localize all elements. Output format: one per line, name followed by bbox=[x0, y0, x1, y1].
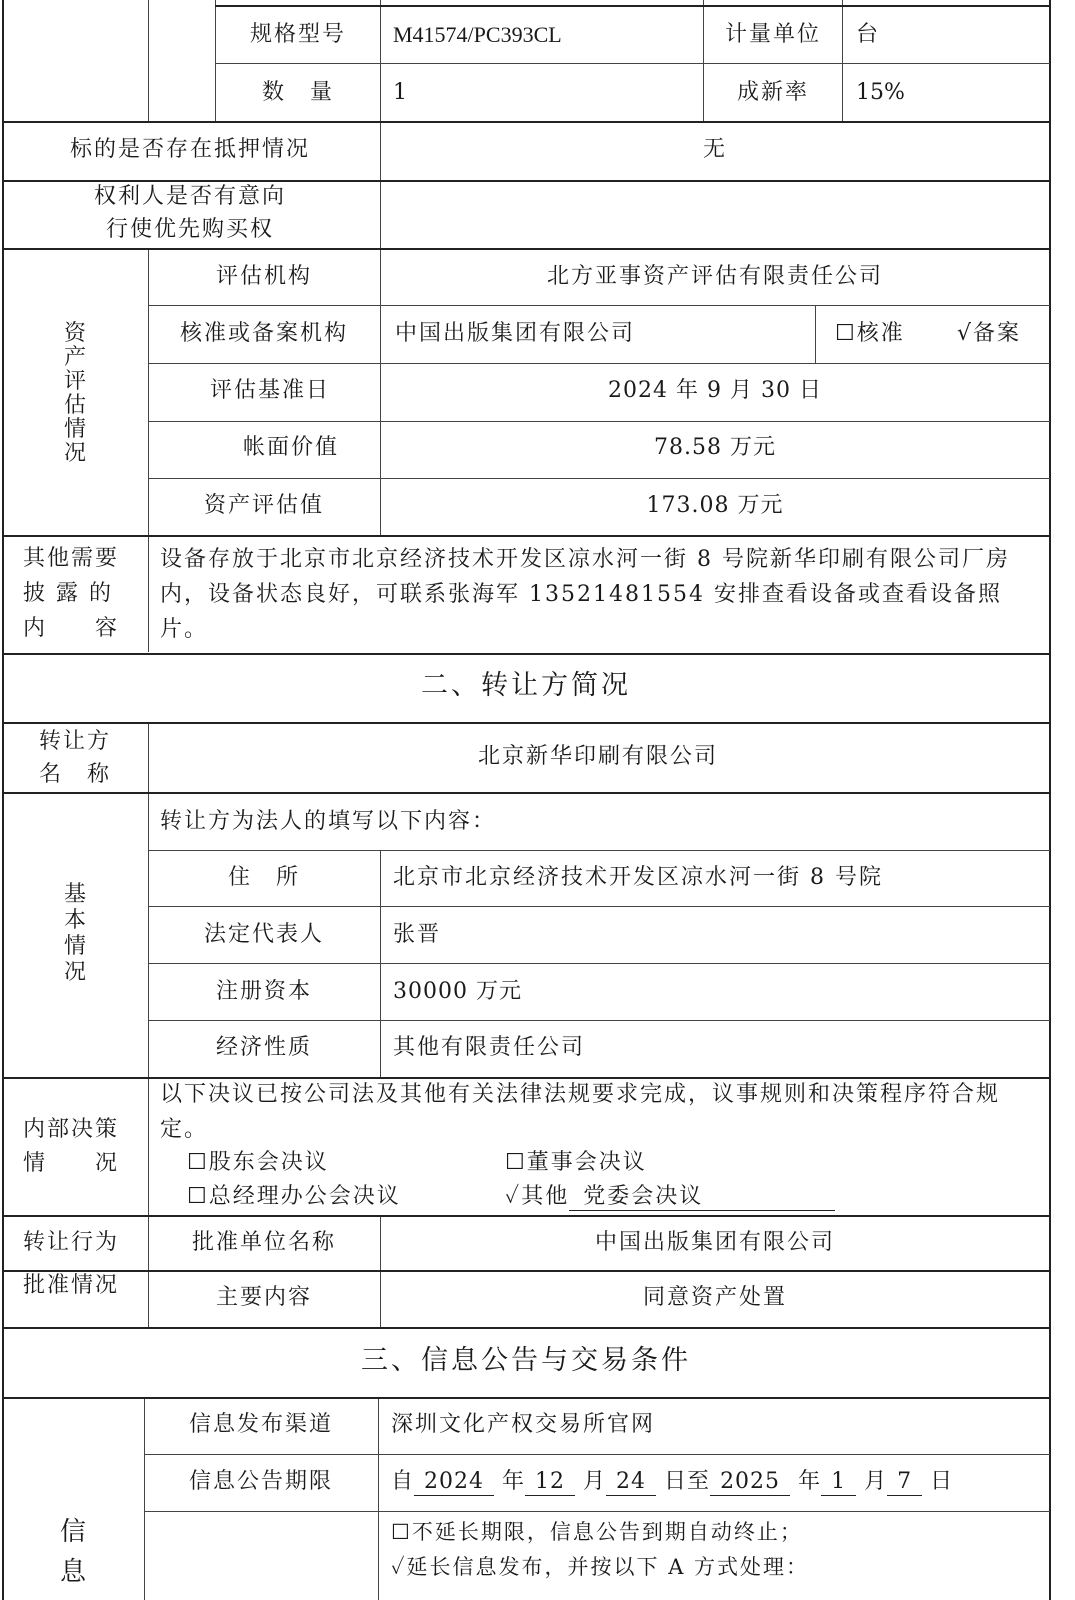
divider bbox=[703, 0, 704, 121]
appraised-value: 173.08 万元 bbox=[647, 492, 784, 520]
divider bbox=[148, 305, 1050, 306]
unit-value: 台 bbox=[856, 21, 880, 49]
period-value: 自2024 年12 月24 日至2025 年1 月7 日 bbox=[391, 1468, 953, 1496]
divider bbox=[148, 963, 1050, 964]
transferor-name-value: 北京新华印刷有限公司 bbox=[478, 743, 718, 771]
spec-value: M41574/PC393CL bbox=[393, 21, 562, 49]
divider bbox=[380, 0, 381, 535]
divider bbox=[148, 248, 149, 652]
to-day: 7 bbox=[887, 1469, 922, 1496]
approval-content-label: 主要内容 bbox=[216, 1284, 312, 1312]
info-group-label: 信息 bbox=[58, 1512, 88, 1592]
divider bbox=[842, 0, 843, 121]
checkbox-icon: ☐ bbox=[505, 1150, 527, 1175]
divider bbox=[2, 1215, 1050, 1217]
other-fill-value: 党委会决议 bbox=[569, 1184, 835, 1211]
spec-label: 规格型号 bbox=[250, 21, 346, 49]
divider bbox=[2, 180, 1050, 182]
option-other[interactable]: ✓其他党委会决议 bbox=[505, 1183, 835, 1211]
nature-value: 其他有限责任公司 bbox=[393, 1034, 585, 1062]
to-year: 2025 bbox=[710, 1469, 790, 1496]
outer-border-right bbox=[1049, 0, 1051, 1600]
newness-value: 15% bbox=[856, 79, 905, 107]
divider bbox=[2, 535, 1050, 537]
appraisal-org-value: 北方亚事资产评估有限责任公司 bbox=[547, 263, 883, 291]
divider bbox=[2, 1397, 1050, 1399]
period-label: 信息公告期限 bbox=[189, 1468, 333, 1496]
nature-label: 经济性质 bbox=[216, 1034, 312, 1062]
channel-label: 信息发布渠道 bbox=[189, 1411, 333, 1439]
internal-decision-label-1: 内部决策 bbox=[23, 1116, 119, 1144]
divider bbox=[148, 0, 149, 121]
divider bbox=[2, 1270, 1050, 1272]
base-date-label: 评估基准日 bbox=[210, 377, 330, 405]
capital-value: 30000 万元 bbox=[393, 978, 522, 1006]
channel-value: 深圳文化产权交易所官网 bbox=[391, 1411, 655, 1439]
mortgage-value: 无 bbox=[703, 136, 727, 164]
divider bbox=[2, 722, 1050, 724]
divider bbox=[148, 363, 1050, 364]
approval-label-1: 转让行为 bbox=[23, 1229, 119, 1257]
preempt-label-line2: 行使优先购买权 bbox=[106, 216, 274, 244]
divider bbox=[148, 421, 1050, 422]
qty-value: 1 bbox=[393, 79, 409, 107]
other-disclosure-text: 设备存放于北京市北京经济技术开发区凉水河一街 8 号院新华印刷有限公司厂房内，设… bbox=[160, 542, 1044, 647]
divider bbox=[144, 1511, 1050, 1512]
approval-unit-label: 批准单位名称 bbox=[192, 1229, 336, 1257]
address-label: 住 所 bbox=[228, 864, 300, 892]
option-gm-office[interactable]: ☐总经理办公会决议 bbox=[187, 1183, 401, 1211]
no-extension-option[interactable]: ☐不延长期限，信息公告到期自动终止； bbox=[391, 1518, 803, 1546]
divider bbox=[144, 1397, 145, 1600]
transferor-name-label-2: 名 称 bbox=[39, 761, 111, 789]
basic-info-group-label: 基本情况 bbox=[63, 882, 87, 986]
option-shareholders[interactable]: ☐股东会决议 bbox=[187, 1149, 329, 1177]
transferor-name-label-1: 转让方 bbox=[39, 728, 111, 756]
checkbox-icon: ☐ bbox=[187, 1150, 209, 1175]
option-board[interactable]: ☐董事会决议 bbox=[505, 1149, 647, 1177]
appraisal-group-label: 资产评估情况 bbox=[63, 322, 87, 466]
record-checkbox[interactable]: √备案 bbox=[957, 320, 1021, 348]
section2-title: 二、转让方简况 bbox=[421, 672, 631, 700]
approval-org-label: 核准或备案机构 bbox=[180, 320, 348, 348]
base-date-value: 2024 年 9 月 30 日 bbox=[608, 377, 822, 405]
from-month: 12 bbox=[525, 1469, 575, 1496]
option-label: 股东会决议 bbox=[209, 1150, 329, 1175]
other-disclosure-label-2: 披 露 的 bbox=[23, 580, 113, 608]
checkbox-icon: ☐ bbox=[187, 1184, 209, 1209]
appraised-label: 资产评估值 bbox=[204, 492, 324, 520]
mortgage-label: 标的是否存在抵押情况 bbox=[70, 136, 310, 164]
legal-rep-value: 张晋 bbox=[393, 921, 441, 949]
basic-info-intro: 转让方为法人的填写以下内容： bbox=[160, 808, 496, 836]
divider bbox=[215, 63, 1050, 64]
divider bbox=[2, 121, 1050, 123]
legal-rep-label: 法定代表人 bbox=[204, 921, 324, 949]
appraisal-org-label: 评估机构 bbox=[216, 263, 312, 291]
approval-unit-value: 中国出版集团有限公司 bbox=[595, 1229, 835, 1257]
divider bbox=[215, 0, 216, 121]
divider bbox=[2, 792, 1050, 794]
option-label: 总经理办公会决议 bbox=[209, 1184, 401, 1209]
other-disclosure-label-1: 其他需要 bbox=[23, 545, 119, 573]
internal-decision-text: 以下决议已按公司法及其他有关法律法规要求完成，议事规则和决策程序符合规定。 bbox=[160, 1077, 1044, 1147]
approval-content-value: 同意资产处置 bbox=[643, 1284, 787, 1312]
divider bbox=[148, 722, 149, 1327]
divider bbox=[378, 1397, 379, 1600]
divider bbox=[815, 306, 816, 363]
to-month: 1 bbox=[821, 1469, 856, 1496]
newness-label: 成新率 bbox=[737, 79, 809, 107]
book-value-label: 帐面价值 bbox=[243, 434, 339, 462]
section3-title: 三、信息公告与交易条件 bbox=[361, 1347, 691, 1375]
other-disclosure-label-3: 内 容 bbox=[23, 615, 119, 643]
check-icon: ✓ bbox=[505, 1184, 521, 1209]
divider bbox=[2, 1327, 1050, 1329]
approve-checkbox[interactable]: ☐核准 bbox=[835, 320, 905, 348]
qty-label: 数 量 bbox=[262, 79, 334, 107]
book-value: 78.58 万元 bbox=[654, 434, 776, 462]
divider bbox=[215, 5, 1050, 7]
approval-org-value: 中国出版集团有限公司 bbox=[395, 320, 635, 348]
unit-label: 计量单位 bbox=[725, 21, 821, 49]
approval-label-2: 批准情况 bbox=[23, 1272, 119, 1300]
from-year: 2024 bbox=[414, 1469, 494, 1496]
divider bbox=[2, 653, 1050, 655]
divider bbox=[148, 1020, 1050, 1021]
extension-option[interactable]: ✓延长信息发布，并按以下 A 方式处理： bbox=[391, 1553, 809, 1581]
option-label: 其他 bbox=[521, 1184, 569, 1209]
internal-decision-label-2: 情 况 bbox=[23, 1150, 119, 1178]
divider bbox=[2, 248, 1050, 250]
preempt-label-line1: 权利人是否有意向 bbox=[94, 183, 286, 211]
from-day: 24 bbox=[606, 1469, 656, 1496]
divider bbox=[148, 850, 1050, 851]
divider bbox=[144, 1454, 1050, 1455]
address-value: 北京市北京经济技术开发区凉水河一街 8 号院 bbox=[393, 864, 883, 892]
option-label: 董事会决议 bbox=[527, 1150, 647, 1175]
capital-label: 注册资本 bbox=[216, 978, 312, 1006]
outer-border-left bbox=[2, 0, 4, 1600]
divider bbox=[148, 478, 1050, 479]
divider bbox=[148, 906, 1050, 907]
